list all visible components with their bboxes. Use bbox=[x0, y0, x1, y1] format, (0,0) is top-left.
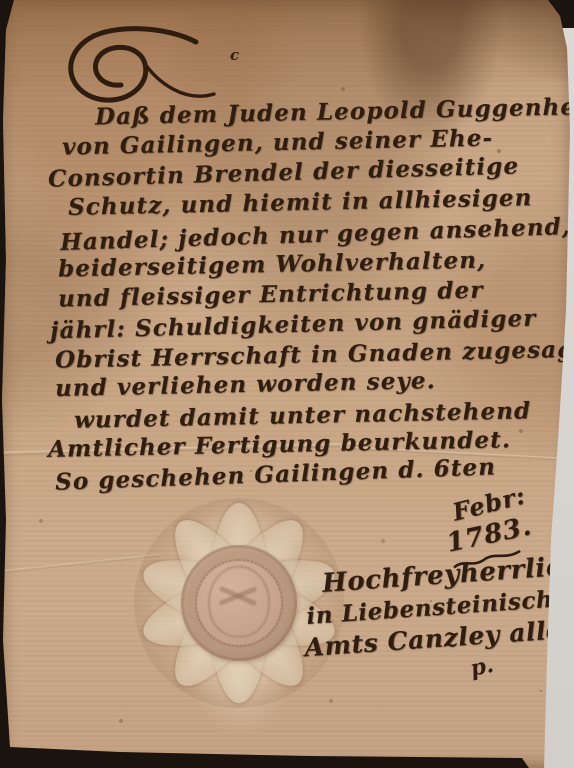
signature-block: Hochfreyherrlich in Liebensteinische Amt… bbox=[301, 551, 571, 690]
manuscript-line: Schutz, und hiemit in allhiesigen bbox=[68, 186, 533, 219]
closing-mark: p. bbox=[468, 653, 495, 679]
curled-corner-shadow bbox=[404, 0, 574, 80]
seal-coat-of-arms bbox=[208, 566, 270, 638]
manuscript-line: und fleissiger Entrichtung der bbox=[58, 279, 484, 311]
manuscript-line: und verliehen worden seye. bbox=[55, 369, 436, 400]
superscript-mark: c bbox=[230, 48, 239, 63]
manuscript-line: Handel; jedoch nur gegen ansehend, bbox=[60, 215, 571, 254]
document-paper: c Daß dem Juden Leopold Guggenheim von G… bbox=[0, 0, 574, 768]
manuscript-photo: c Daß dem Juden Leopold Guggenheim von G… bbox=[0, 0, 574, 768]
foxing-specks bbox=[0, 0, 2, 2]
manuscript-line: von Gailingen, und seiner Ehe- bbox=[62, 126, 494, 158]
manuscript-line: beiderseitigem Wohlverhalten, bbox=[58, 249, 487, 281]
manuscript-line: Obrist Herrschaft in Gnaden zugesagt, bbox=[55, 337, 574, 371]
manuscript-line: jährl: Schuldigkeiten von gnädiger bbox=[50, 307, 537, 343]
seal-disc bbox=[181, 545, 297, 661]
